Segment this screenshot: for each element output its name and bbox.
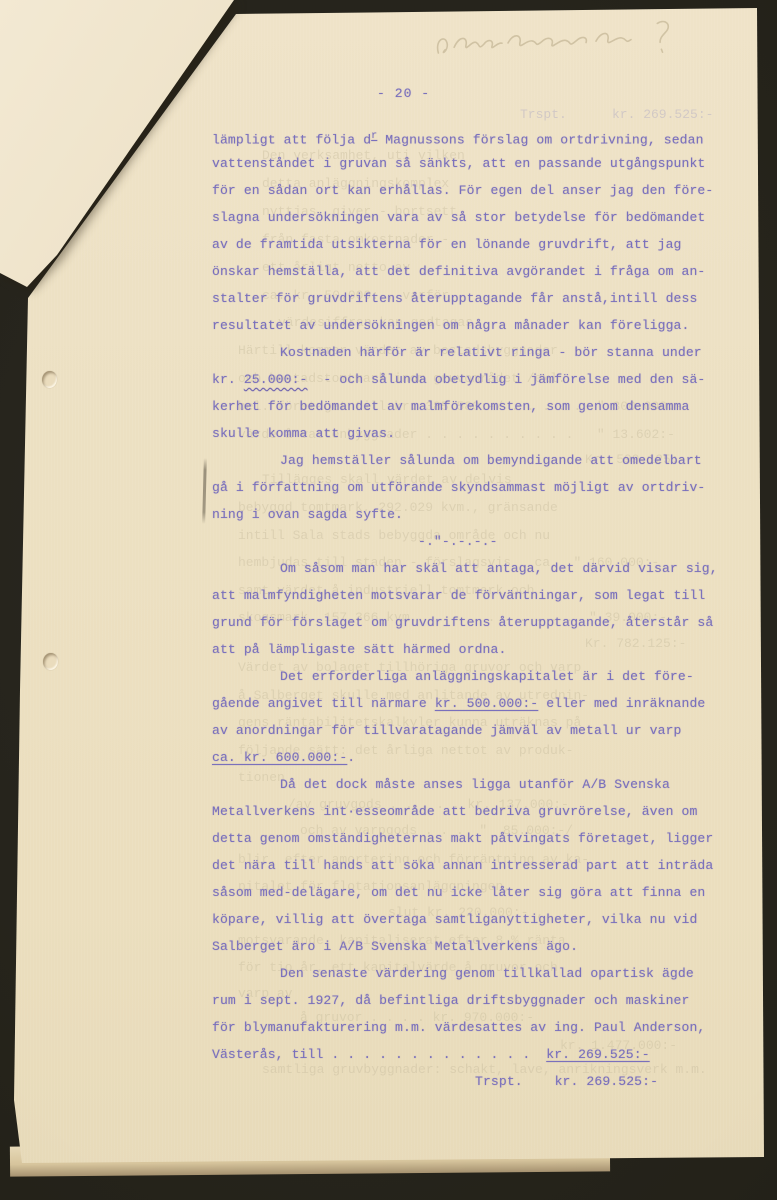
typed-line: rum i sept. 1927, då befintliga driftsby…	[212, 987, 732, 1014]
bleed-through-fragment: Trspt.	[520, 107, 567, 122]
typed-line: ning i ovan sagda syfte.	[212, 501, 732, 528]
bleed-through-fragment: kr. 269.525:-	[612, 107, 713, 122]
handwritten-note	[427, 15, 679, 70]
typed-line: för blymanufakturering m.m. värdesattes …	[212, 1014, 732, 1041]
typed-line: Kostnaden härför är relativt ringa - bör…	[212, 339, 732, 366]
folded-corner-wrap: och gruvanshet har denså att bergav det …	[0, 0, 300, 340]
typed-line: Metallverkens int·esseområde att bedriva…	[212, 798, 732, 825]
typed-line: såsom med-delägare, om det nu icke låter…	[212, 879, 732, 906]
typed-line: Om såsom man har skäl att antaga, det dä…	[212, 555, 732, 582]
marginal-pencil-line	[202, 458, 207, 524]
page-number: - 20 -	[377, 86, 430, 101]
typed-line: Trspt. kr. 269.525:-	[212, 1068, 732, 1095]
typed-line: gående angivet till närmare kr. 500.000:…	[212, 690, 732, 717]
scanned-document-photo: Trspt.kr. 269.525:-Den verksamhet, uti v…	[0, 0, 777, 1200]
typed-line: Västerås, till . . . . . . . . . . . . .…	[212, 1041, 732, 1068]
typed-line: grund för förslaget om gruvdriftens åter…	[212, 609, 732, 636]
typed-line: Jag hemställer sålunda om bemyndigande a…	[212, 447, 732, 474]
typed-line: Den senaste värdering genom tillkallad o…	[212, 960, 732, 987]
typed-line: skulle komma att givas.	[212, 420, 732, 447]
folded-corner-sheet: och gruvanshet har denså att bergav det …	[0, 0, 260, 320]
typed-line: ca. kr. 600.000:-.	[212, 744, 732, 771]
typed-line: det nära till hands att söka annan intre…	[212, 852, 732, 879]
punch-hole	[42, 371, 57, 388]
punch-hole	[43, 653, 58, 670]
typed-line: detta genom omständigheternas makt påtvi…	[212, 825, 732, 852]
typed-line: Då det dock måste anses ligga utanför A/…	[212, 771, 732, 798]
typed-line: gå i författning om utförande skyndsamma…	[212, 474, 732, 501]
typed-line: kr. 25.000:- - och sålunda obetydlig i j…	[212, 366, 732, 393]
typed-line: -."-.-.-.-	[212, 528, 732, 555]
typed-line: Det erforderliga anläggningskapitalet är…	[212, 663, 732, 690]
typed-line: köpare, villig att övertaga samtliganytt…	[212, 906, 732, 933]
typed-line: kerhet för bedömandet av malmförekomsten…	[212, 393, 732, 420]
typed-line: att malmfyndigheten motsvarar de förvänt…	[212, 582, 732, 609]
typed-line: av anordningar för tillvaratagande jämvä…	[212, 717, 732, 744]
typed-line: Salberget äro i A/B Svenska Metallverken…	[212, 933, 732, 960]
typed-line: att på lämpligaste sätt härmed ordna.	[212, 636, 732, 663]
